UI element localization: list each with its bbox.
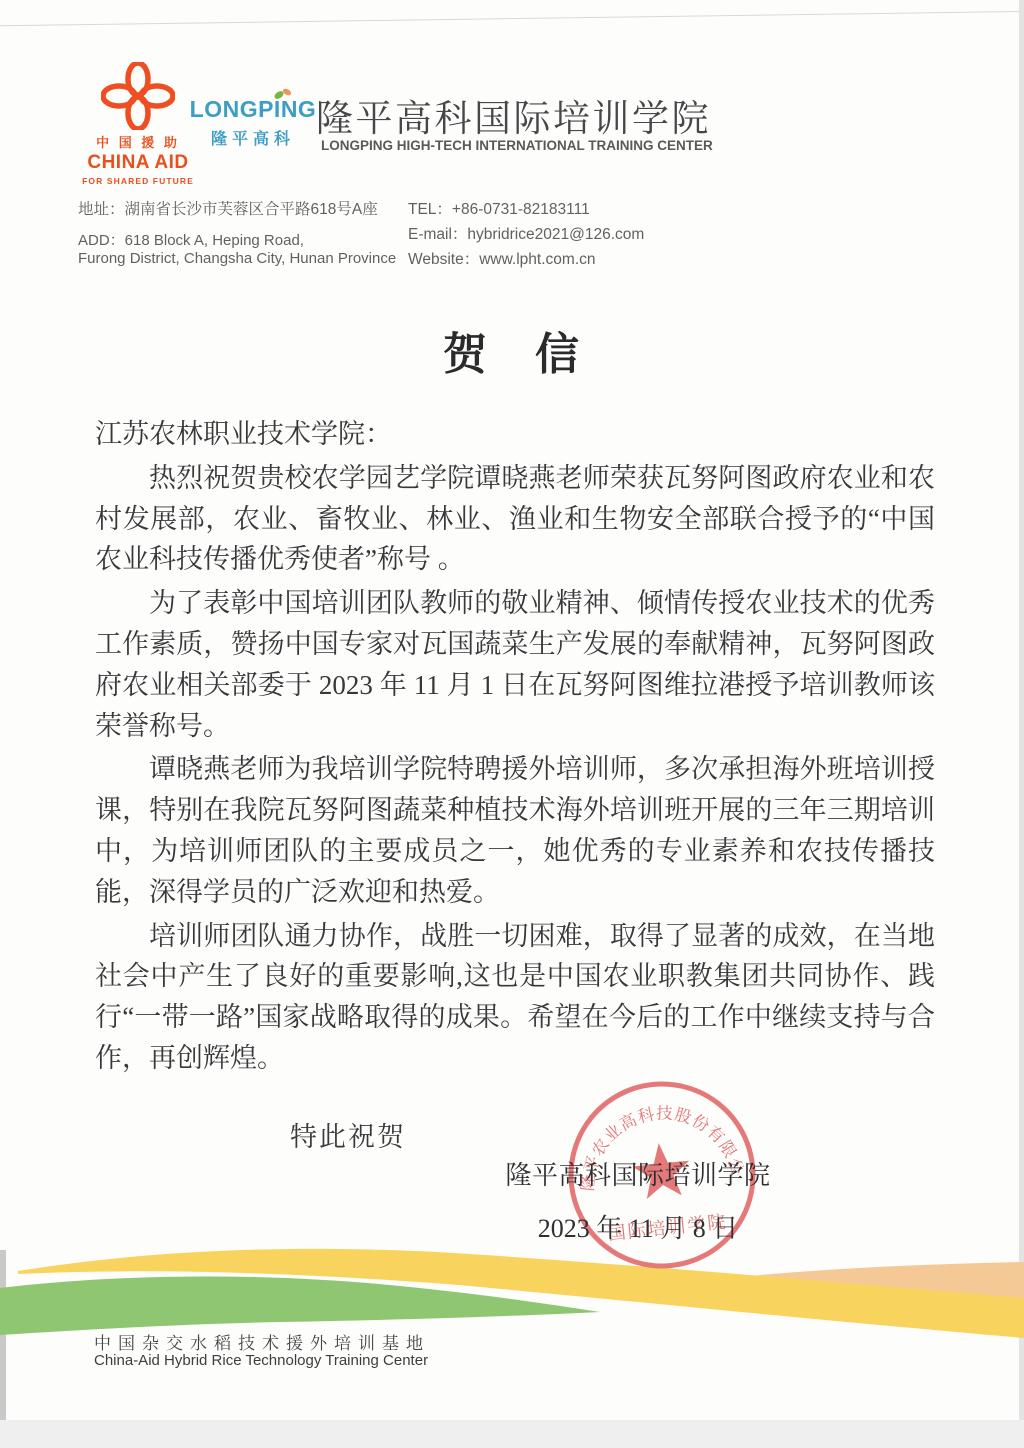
address-en-line2: Furong District, Changsha City, Hunan Pr… [78, 250, 396, 267]
organization-title-cn: 隆平高科国际培训学院 [316, 88, 716, 142]
closing-phrase: 特此祝贺 [290, 1115, 406, 1154]
china-aid-knot-icon [101, 62, 175, 130]
organization-title-en: LONGPING HIGH-TECH INTERNATIONAL TRAININ… [321, 138, 721, 153]
scan-artifact-line [0, 11, 1024, 27]
address-cn: 地址：湖南省长沙市芙蓉区合平路618号A座 [78, 197, 378, 219]
china-aid-en-label: CHINA AID [72, 152, 204, 174]
signature-block: 隆平高科国际培训学院 2023 年 11 月 8 日 [423, 1155, 853, 1245]
longping-logo: LONGPING 隆平高科 [188, 96, 318, 149]
footer-base-name-cn: 中国杂交水稻技术援外培训基地 [94, 1329, 430, 1354]
website-url: Website：www.lpht.com.cn [408, 247, 596, 269]
letter-page: 中 国 援 助 CHINA AID FOR SHARED FUTURE LONG… [0, 0, 1024, 1448]
longping-cn-label: 隆平高科 [188, 126, 318, 149]
paragraph: 热烈祝贺贵校农学园艺学院谭晓燕老师荣获瓦努阿图政府农业和农村发展部，农业、畜牧业… [95, 458, 935, 580]
salutation: 江苏农林职业技术学院： [95, 414, 935, 455]
paragraph: 培训师团队通力协作，战胜一切困难，取得了显著的成效，在当地社会中产生了良好的重要… [95, 916, 935, 1079]
longping-en-label: LONGPING [188, 96, 318, 123]
signature-organization: 隆平高科国际培训学院 [423, 1155, 853, 1192]
letter-title: 贺 信 [0, 318, 1024, 382]
china-aid-tagline: FOR SHARED FUTURE [72, 176, 204, 186]
letter-date: 2023 年 11 月 8 日 [423, 1208, 853, 1245]
china-aid-logo: 中 国 援 助 CHINA AID FOR SHARED FUTURE [72, 62, 204, 186]
paragraph: 谭晓燕老师为我培训学院特聘援外培训师，多次承担海外班培训授课，特别在我院瓦努阿图… [95, 749, 935, 912]
leaf-icon [272, 86, 294, 102]
footer-base-name-en: China-Aid Hybrid Rice Technology Trainin… [94, 1352, 428, 1369]
paragraph: 为了表彰中国培训团队教师的敬业精神、倾情传授农业技术的优秀工作素质，赞扬中国专家… [95, 583, 935, 746]
phone-number: TEL：+86-0731-82183111 [408, 197, 590, 219]
address-en-line1: ADD：618 Block A, Heping Road, [78, 229, 304, 250]
email-address: E-mail：hybridrice2021@126.com [408, 222, 644, 244]
scan-edge-right [1019, 0, 1024, 1448]
china-aid-cn-label: 中 国 援 助 [72, 132, 204, 151]
letter-body: 江苏农林职业技术学院： 热烈祝贺贵校农学园艺学院谭晓燕老师荣获瓦努阿图政府农业和… [95, 414, 935, 1079]
